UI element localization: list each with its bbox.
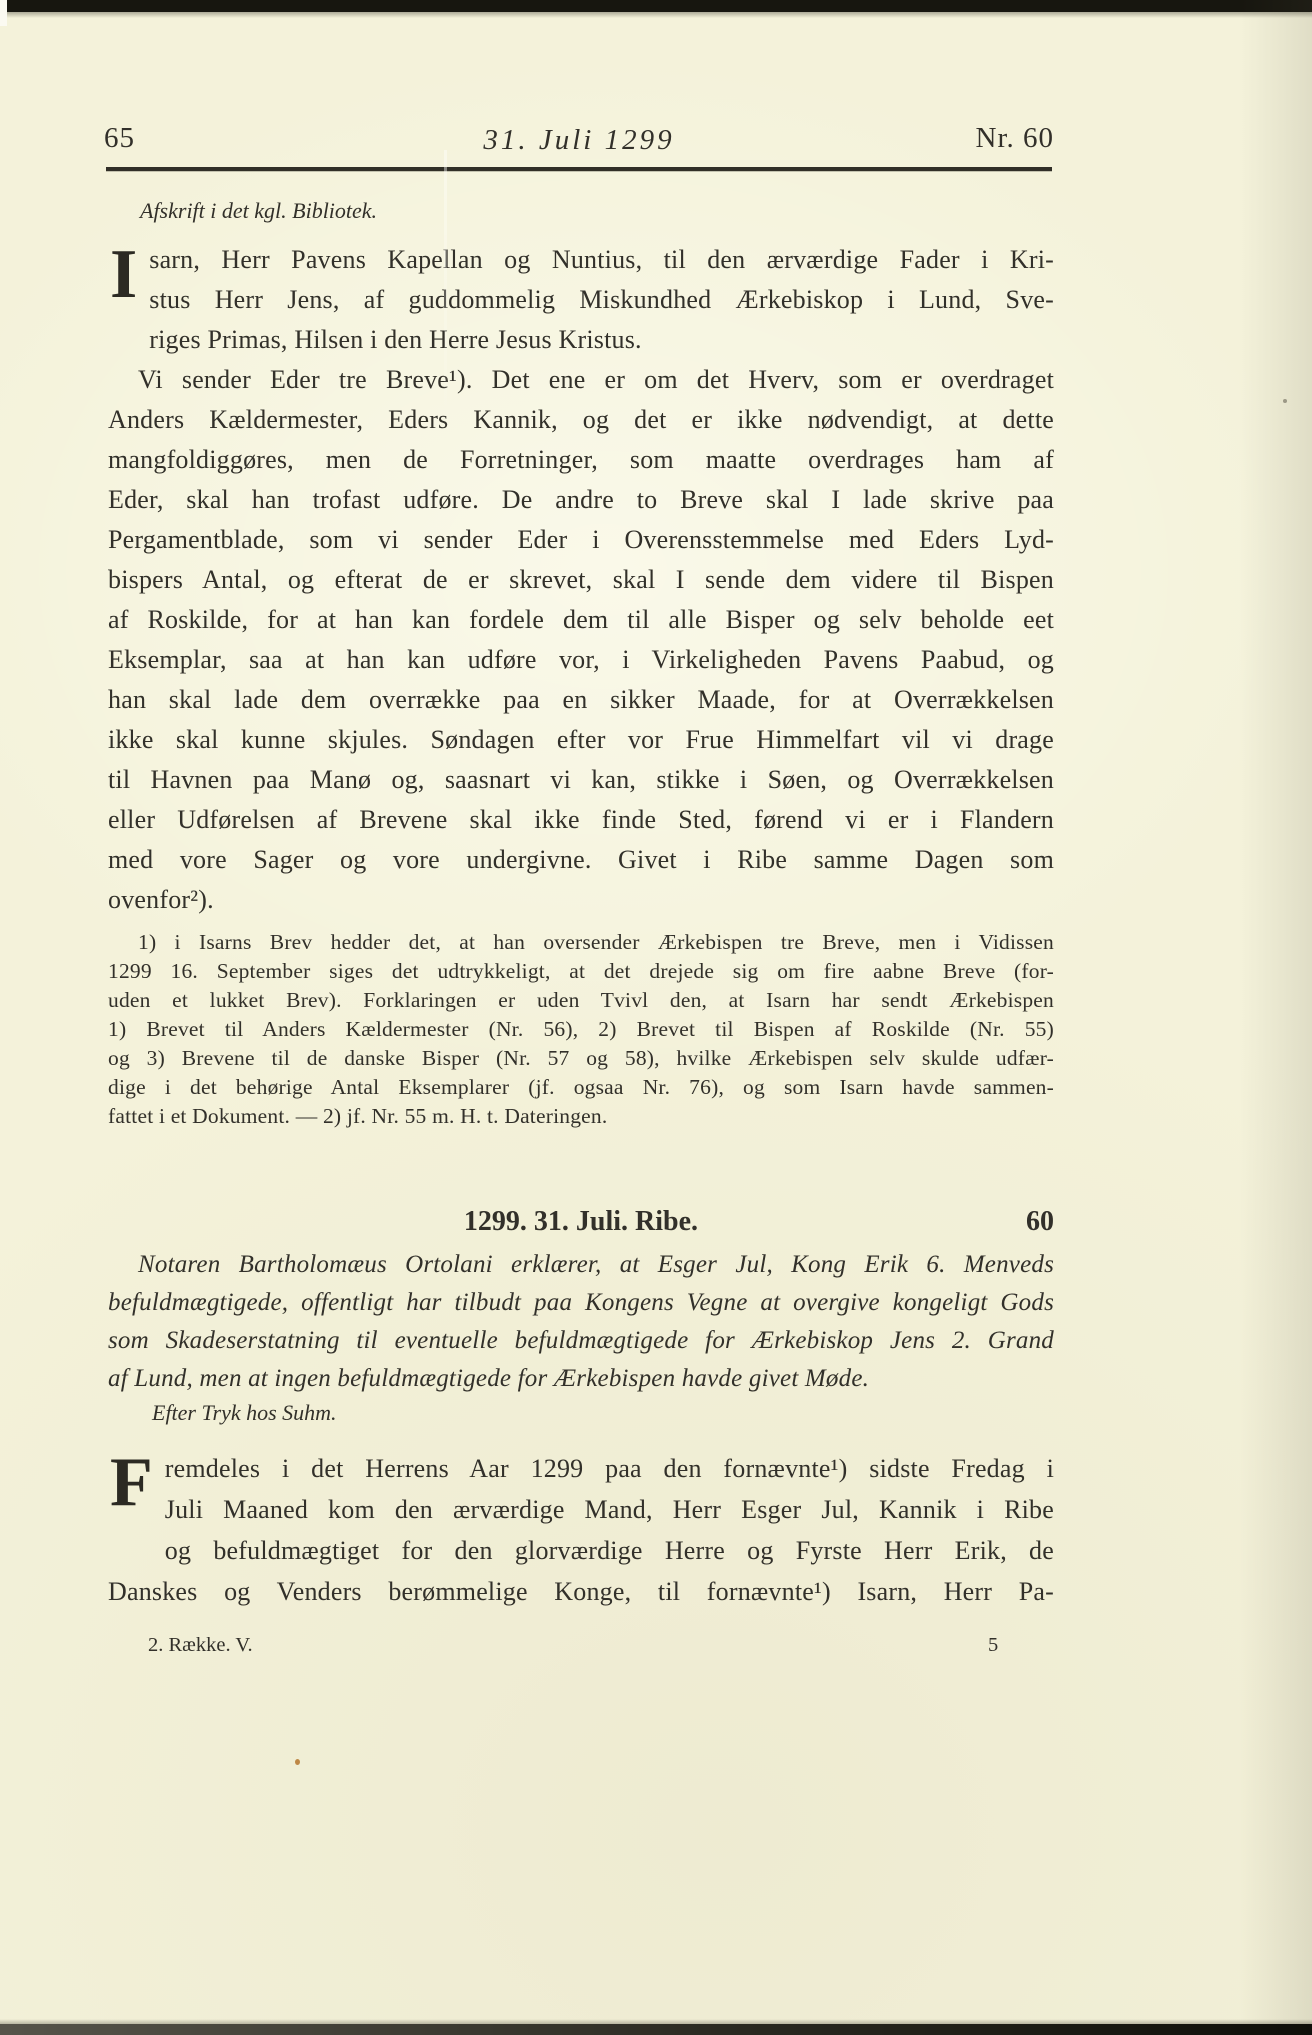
text-line: ikke skal kunne skjules. Søndagen efter … [108, 720, 1054, 760]
drop-cap-initial: I [108, 240, 149, 322]
text-line: uden et lukket Brev). Forklaringen er ud… [108, 986, 1054, 1015]
text-line: mangfoldiggøres, men de Forretninger, so… [108, 440, 1054, 480]
text-line: 1) Brevet til Anders Kældermester (Nr. 5… [108, 1015, 1054, 1044]
scan-top-edge [6, 0, 1312, 12]
text-line: Eksemplar, saa at han kan udføre vor, i … [108, 640, 1054, 680]
text-line: Anders Kældermester, Eders Kannik, og de… [108, 400, 1054, 440]
text-line: eller Udførelsen af Brevene skal ikke fi… [108, 800, 1054, 840]
transcript-source-note: Afskrift i det kgl. Bibliotek. [140, 198, 840, 224]
scan-bottom-edge [0, 2024, 1312, 2035]
entry-number: 60 [1026, 1206, 1054, 1238]
drop-cap-initial: F [108, 1448, 165, 1532]
letter-text: I sarn, Herr Pavens Kapellan og Nuntius,… [108, 240, 1054, 920]
footnote-lines: 1) i Isarns Brev hedder det, at han over… [108, 928, 1054, 1131]
text-line: han skal lade dem overrække paa en sikke… [108, 680, 1054, 720]
entry-summary: Notaren Bartholomæus Ortolani erklærer, … [108, 1246, 1054, 1398]
text-line: stus Herr Jens, af guddommelig Miskundhe… [108, 280, 1054, 320]
text-line: dige i det behørige Antal Eksemplarer (j… [108, 1073, 1054, 1102]
scan-corner-notch [0, 0, 7, 26]
text-line: af Lund, men at ingen befuldmægtigede fo… [108, 1360, 1054, 1398]
text-line: og 3) Brevene til de danske Bisper (Nr. … [108, 1044, 1054, 1073]
text-line: befuldmægtigede, offentligt har tilbudt … [108, 1284, 1054, 1322]
scan-top-edge-shadow [6, 12, 1312, 18]
text-line: som Skadeserstatning til eventuelle befu… [108, 1322, 1054, 1360]
text-line: sarn, Herr Pavens Kapellan og Nuntius, t… [108, 240, 1054, 280]
footnotes-block: 1) i Isarns Brev hedder det, at han over… [108, 928, 1054, 1131]
sheet-signature: 5 [988, 1634, 998, 1657]
text-line: Pergamentblade, som vi sender Eder i Ove… [108, 520, 1054, 560]
entry-heading: 1299. 31. Juli. Ribe. 60 [108, 1206, 1054, 1238]
text-line: og befuldmægtiget for den glorværdige He… [108, 1530, 1054, 1571]
text-line: med vore Sager og vore undergivne. Givet… [108, 840, 1054, 880]
record-lines: remdeles i det Herrens Aar 1299 paa den … [108, 1448, 1054, 1612]
text-line: Juli Maaned kom den ærværdige Mand, Herr… [108, 1489, 1054, 1530]
print-source-note: Efter Tryk hos Suhm. [152, 1400, 852, 1426]
text-line: riges Primas, Hilsen i den Herre Jesus K… [108, 320, 1054, 360]
scan-right-shadow [1240, 0, 1312, 2035]
running-title: 31. Juli 1299 [104, 124, 1054, 157]
text-line: til Havnen paa Manø og, saasnart vi kan,… [108, 760, 1054, 800]
summary-lines: Notaren Bartholomæus Ortolani erklærer, … [108, 1246, 1054, 1398]
record-text: F remdeles i det Herrens Aar 1299 paa de… [108, 1448, 1054, 1612]
page-header: 65 31. Juli 1299 Nr. 60 [104, 122, 1054, 162]
text-line: bispers Antal, og efterat de er skrevet,… [108, 560, 1054, 600]
series-label: 2. Række. V. [148, 1634, 253, 1657]
paper-speck [295, 1759, 300, 1765]
text-line: Danskes og Venders berømmelige Konge, ti… [108, 1571, 1054, 1612]
entry-heading-text: 1299. 31. Juli. Ribe. [464, 1206, 698, 1237]
text-line: Eder, skal han trofast udføre. De andre … [108, 480, 1054, 520]
text-line: Notaren Bartholomæus Ortolani erklærer, … [108, 1246, 1054, 1284]
header-rule [106, 167, 1052, 171]
text-line: fattet i et Dokument. — 2) jf. Nr. 55 m.… [108, 1102, 1054, 1131]
text-line: 1299 16. September siges det udtrykkelig… [108, 957, 1054, 986]
letter-lines: sarn, Herr Pavens Kapellan og Nuntius, t… [108, 240, 1054, 920]
book-page-scan: 65 31. Juli 1299 Nr. 60 Afskrift i det k… [0, 0, 1312, 2035]
entry-number-header: Nr. 60 [976, 122, 1055, 155]
text-line: ovenfor²). [108, 880, 1054, 920]
text-line: 1) i Isarns Brev hedder det, at han over… [108, 928, 1054, 957]
paper-crease [444, 150, 447, 440]
text-line: remdeles i det Herrens Aar 1299 paa den … [108, 1448, 1054, 1489]
text-line: af Roskilde, for at han kan fordele dem … [108, 600, 1054, 640]
text-line: Vi sender Eder tre Breve¹). Det ene er o… [108, 360, 1054, 400]
